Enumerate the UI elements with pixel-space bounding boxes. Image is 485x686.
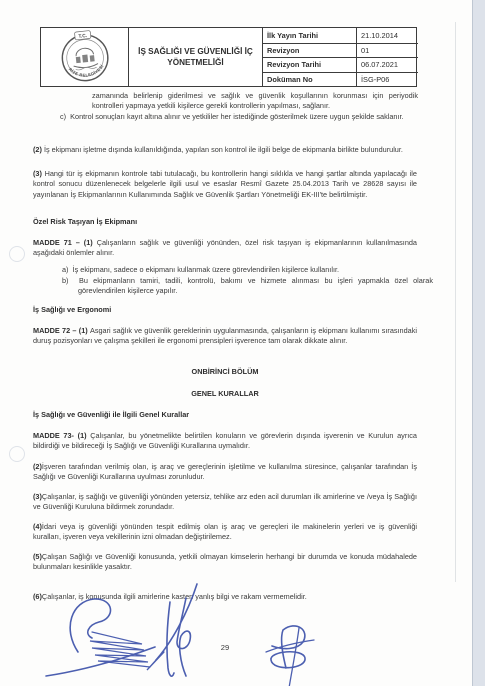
paragraph-text: İdari veya iş güvenliği yönünden tespit …	[33, 522, 417, 541]
paragraph-text: Çalışan Sağlığı ve Güvenliği konusunda, …	[33, 552, 417, 571]
document-title-line2: YÖNETMELİĞİ	[167, 57, 223, 68]
paragraph-lead: (4)	[33, 522, 42, 531]
chapter-subheading: GENEL KURALLAR	[33, 389, 417, 399]
paragraph-text: Çalışanlar, iş sağlığı ve güvenliği yönü…	[33, 492, 417, 511]
info-value: İSG-P06	[357, 75, 418, 84]
info-row-revision: Revizyon 01	[263, 43, 418, 58]
chapter-heading: ONBİRİNCİ BÖLÜM	[33, 367, 417, 377]
paragraph-73-4: (4)İdari veya iş güvenliği yönünden tesp…	[33, 522, 417, 543]
paragraph-lead: (2)	[33, 145, 44, 154]
info-row-document-no: Doküman No İSG-P06	[263, 72, 418, 87]
heading-genel-kurallar: İş Sağlığı ve Güvenliği ile İlgili Genel…	[33, 410, 417, 420]
info-value: 01	[357, 46, 418, 55]
paragraph-3: (3) Hangi tür iş ekipmanın kontrole tabi…	[33, 169, 417, 200]
info-row-revision-date: Revizyon Tarihi 06.07.2021	[263, 57, 418, 72]
scan-edge-line	[455, 22, 456, 582]
list-item-text: İş ekipmanı, sadece o ekipmanı kullanmak…	[73, 265, 339, 274]
seal-boat-icon	[73, 64, 98, 69]
paragraph-73-6: (6)Çalışanlar, iş konusunda ilgili amirl…	[33, 592, 417, 602]
info-label: Doküman No	[263, 73, 357, 87]
document-title: İŞ SAĞLIĞI VE GÜVENLİĞİ İÇ YÖNETMELİĞİ	[129, 28, 263, 86]
info-row-first-publish: İlk Yayın Tarihi 21.10.2014	[263, 28, 418, 43]
paragraph-lead: (3)	[33, 169, 45, 178]
info-value: 21.10.2014	[357, 31, 418, 40]
list-item-a: a) İş ekipmanı, sadece o ekipmanı kullan…	[62, 265, 433, 275]
paragraph-text: İş ekipmanı işletme dışında kullanıldığı…	[44, 145, 403, 154]
info-value: 06.07.2021	[357, 60, 418, 69]
punch-hole	[9, 446, 25, 462]
document-info-table: İlk Yayın Tarihi 21.10.2014 Revizyon 01 …	[263, 28, 418, 86]
document-page: T.C. RİZE BELEDİYESİ İŞ SAĞLIĞI VE GÜVEN…	[0, 0, 473, 686]
paragraph-lead: MADDE 72 – (1)	[33, 326, 90, 335]
paragraph-lead: MADDE 73- (1)	[33, 431, 90, 440]
paragraph-73-5: (5)Çalışan Sağlığı ve Güvenliği konusund…	[33, 552, 417, 573]
document-title-line1: İŞ SAĞLIĞI VE GÜVENLİĞİ İÇ	[138, 46, 253, 57]
list-item-text: Bu ekipmanların tamiri, tadili, kontrolü…	[78, 276, 433, 295]
paragraph-madde-72: MADDE 72 – (1) Asgari sağlık ve güvenlik…	[33, 326, 417, 347]
list-item-label: b)	[62, 276, 69, 285]
paragraph-text: Çalışanlar, bu yönetmelikte belirtilen k…	[33, 431, 417, 450]
seal-dome-icon	[75, 47, 93, 56]
page-edge-strip	[472, 0, 485, 686]
paragraph-text: İşveren tarafından verilmiş olan, iş ara…	[33, 462, 417, 481]
paragraph-text: Asgari sağlık ve güvenlik gereklerinin u…	[33, 326, 417, 345]
paragraph-text: Hangi tür iş ekipmanın kontrole tabi tut…	[33, 169, 417, 199]
paragraph-lead: MADDE 71 – (1)	[33, 238, 97, 247]
paragraph-continuation: zamanında belirlenip giderilmesi ve sağl…	[92, 91, 418, 112]
paragraph-73-2: (2)İşveren tarafından verilmiş olan, iş …	[33, 462, 417, 483]
heading-ozel-risk: Özel Risk Taşıyan İş Ekipmanı	[33, 217, 417, 227]
paragraph-madde-71: MADDE 71 – (1) Çalışanların sağlık ve gü…	[33, 238, 417, 259]
paragraph-lead: (2)	[33, 462, 42, 471]
paragraph-madde-73: MADDE 73- (1) Çalışanlar, bu yönetmelikt…	[33, 431, 417, 452]
scanned-document-page: { "header": { "logo": { "top": "T.C.", "…	[0, 0, 485, 686]
list-item-text: Kontrol sonuçları kayıt altına alınır ve…	[70, 112, 403, 121]
heading-ergonomi: İş Sağlığı ve Ergonomi	[33, 305, 417, 315]
paragraph-text: zamanında belirlenip giderilmesi ve sağl…	[92, 91, 418, 110]
paragraph-2: (2) İş ekipmanı işletme dışında kullanıl…	[33, 145, 417, 155]
info-label: İlk Yayın Tarihi	[263, 28, 357, 43]
logo-cell: T.C. RİZE BELEDİYESİ	[41, 28, 129, 86]
paragraph-lead: (6)	[33, 592, 42, 601]
document-header-table: T.C. RİZE BELEDİYESİ İŞ SAĞLIĞI VE GÜVEN…	[40, 27, 417, 87]
paragraph-lead: (5)	[33, 552, 42, 561]
municipality-seal-icon: T.C. RİZE BELEDİYESİ	[45, 25, 124, 88]
page-number: 29	[33, 643, 417, 652]
info-label: Revizyon	[263, 44, 357, 58]
paragraph-73-3: (3)Çalışanlar, iş sağlığı ve güvenliği y…	[33, 492, 417, 513]
paragraph-lead: (3)	[33, 492, 42, 501]
punch-hole	[9, 246, 25, 262]
seal-top-text: T.C.	[78, 33, 88, 40]
list-item-label: a)	[62, 265, 69, 274]
paragraph-text: Çalışanlar, iş konusunda ilgili amirleri…	[42, 592, 307, 601]
list-item-label: c)	[60, 112, 66, 121]
info-label: Revizyon Tarihi	[263, 58, 357, 72]
list-item-c: c) Kontrol sonuçları kayıt altına alınır…	[60, 112, 433, 122]
list-item-b: b) Bu ekipmanların tamiri, tadili, kontr…	[62, 276, 433, 297]
